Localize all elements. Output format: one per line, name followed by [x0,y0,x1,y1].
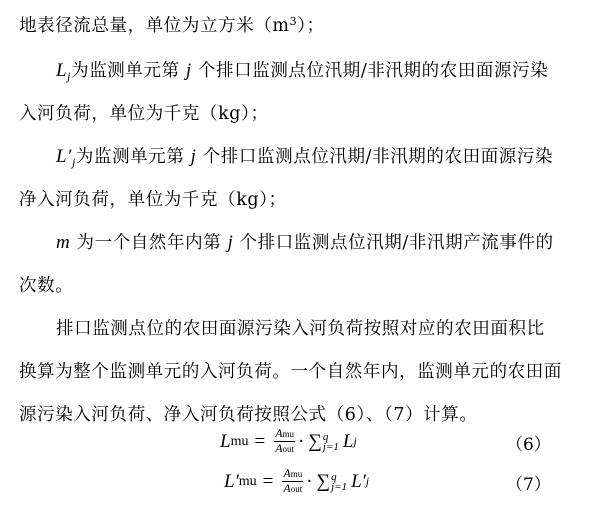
definition-m: m 为一个自然年内第 j 个排口监测点位汛期/非汛期产流事件的 [56,229,554,254]
paragraph-line: 地表径流总量，单位为立方米（m3）； [19,12,325,37]
subscript: mu [283,429,295,439]
numerator: A [275,426,282,440]
text: 净入河负荷，单位为千克（kg）； [19,190,287,210]
dot-operator: · [306,471,312,493]
text: 为一个自然年内第 [70,233,227,253]
variable: m [56,232,70,253]
numerator: A [283,466,290,480]
variable: L [220,431,231,453]
text: 个排口监测点位汛期/非汛期的农田面源污染 [192,61,549,81]
text: 个排口监测点位汛期/非汛期产流事件的 [233,233,553,253]
denominator: A [283,481,290,495]
equation-number-6: （6） [506,430,551,455]
text: 为监测单元第 [71,61,186,81]
subscript: mu [291,469,303,479]
denominator: A [275,441,282,455]
paragraph-line: 排口监测点位的农田面源污染入河负荷按照对应的农田面积比 [56,315,545,340]
text: 个排口监测点位汛期/非汛期的农田面源污染 [197,147,554,167]
variable: L′ [56,146,72,167]
subscript: out [283,444,295,454]
equation-7: L′mu = Amu Aout · ∑ q j=1 L′j [224,467,369,496]
fraction: Amu Aout [282,467,303,496]
subscript: j [353,434,356,449]
variable: L′ [351,471,366,493]
text: 地表径流总量，单位为立方米（m [19,16,290,36]
text: 换算为整个监测单元的入河负荷。一个自然年内，监测单元的农田面 [19,362,562,382]
lower-limit: j=1 [331,482,347,492]
text: 源污染入河负荷、净入河负荷按照公式（6）、（7）计算。 [19,405,477,425]
definition-Lj-prime: L′j为监测单元第 j 个排口监测点位汛期/非汛期的农田面源污染 [56,143,553,170]
paragraph-line: 次数。 [19,272,73,297]
text: ）； [297,16,324,36]
equation-6: Lmu = Amu Aout · ∑ q j=1 Lj [220,427,357,456]
dot-operator: · [298,431,304,453]
paragraph-line: 源污染入河负荷、净入河负荷按照公式（6）、（7）计算。 [19,401,477,426]
paragraph-line: 净入河负荷，单位为千克（kg）； [19,186,287,211]
paragraph-line: 入河负荷，单位为千克（kg）； [19,100,269,125]
subscript: j [366,474,369,489]
upper-limit: q [331,472,347,482]
fraction: Amu Aout [274,427,295,456]
variable: L′ [224,471,239,493]
equals-sign: = [254,431,265,453]
equals-sign: = [263,471,274,493]
text: 入河负荷，单位为千克（kg）； [19,104,269,124]
definition-Lj: Lj为监测单元第 j 个排口监测点位汛期/非汛期的农田面源污染 [56,57,548,84]
text: 为监测单元第 [76,147,191,167]
sum-symbol: ∑ [308,431,322,453]
sum-limits: q j=1 [323,432,339,452]
subscript: mu [239,474,257,490]
upper-limit: q [323,432,339,442]
sum-symbol: ∑ [317,471,331,493]
sum-limits: q j=1 [331,472,347,492]
text: 次数。 [19,276,73,296]
variable: L [56,60,67,81]
paragraph-line: 换算为整个监测单元的入河负荷。一个自然年内，监测单元的农田面 [19,358,562,383]
text: 排口监测点位的农田面源污染入河负荷按照对应的农田面积比 [56,319,545,339]
lower-limit: j=1 [323,442,339,452]
equation-number-7: （7） [506,470,551,495]
subscript: out [291,484,303,494]
variable: L [343,431,354,453]
subscript: mu [231,434,249,450]
